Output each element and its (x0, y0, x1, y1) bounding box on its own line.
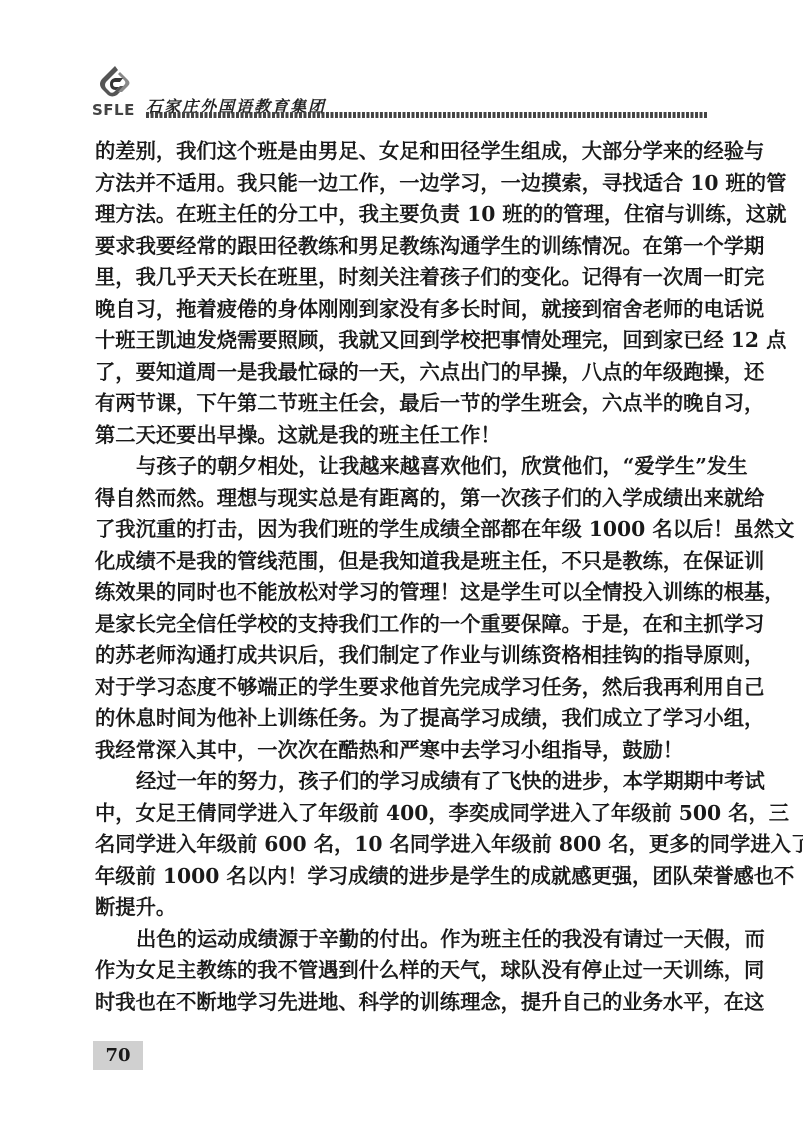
text-line: 经过一年的努力，孩子们的学习成绩有了飞快的进步，本学期期中考试 (95, 766, 709, 798)
text-line: 作为女足主教练的我不管遇到什么样的天气，球队没有停止过一天训练，同 (95, 955, 709, 987)
text-line: 了我沉重的打击，因为我们班的学生成绩全部都在年级 1000 名以后！虽然文 (95, 514, 709, 546)
text-line: 了，要知道周一是我最忙碌的一天，六点出门的早操，八点的年级跑操，还 (95, 357, 709, 389)
text-line: 与孩子的朝夕相处，让我越来越喜欢他们，欣赏他们，“爱学生”发生 (95, 451, 709, 483)
logo-swirl-icon (96, 64, 134, 100)
text-line: 我经常深入其中，一次次在酷热和严寒中去学习小组指导，鼓励！ (95, 735, 709, 767)
text-line: 有两节课，下午第二节班主任会，最后一节的学生班会，六点半的晚自习， (95, 388, 709, 420)
page-number: 70 (93, 1041, 143, 1070)
text-line: 晚自习，拖着疲倦的身体刚刚到家没有多长时间，就接到宿舍老师的电话说 (95, 294, 709, 326)
text-line: 中，女足王倩同学进入了年级前 400，李奕成同学进入了年级前 500 名，三 (95, 798, 709, 830)
text-line: 十班王凯迪发烧需要照顾，我就又回到学校把事情处理完，回到家已经 12 点 (95, 325, 709, 357)
paragraph: 与孩子的朝夕相处，让我越来越喜欢他们，欣赏他们，“爱学生”发生得自然而然。理想与… (95, 451, 709, 766)
page-header: SFLE 石家庄外国语教育集团 (92, 62, 712, 122)
text-line: 年级前 1000 名以内！学习成绩的进步是学生的成就感更强，团队荣誉感也不 (95, 861, 709, 893)
text-line: 名同学进入年级前 600 名，10 名同学进入年级前 800 名，更多的同学进入… (95, 829, 709, 861)
text-line: 断提升。 (95, 892, 709, 924)
header-divider (146, 112, 708, 118)
text-line: 里，我几乎天天长在班里，时刻关注着孩子们的变化。记得有一次周一盯完 (95, 262, 709, 294)
text-line: 得自然而然。理想与现实总是有距离的，第一次孩子们的入学成绩出来就给 (95, 483, 709, 515)
text-line: 的苏老师沟通打成共识后，我们制定了作业与训练资格相挂钩的指导原则， (95, 640, 709, 672)
text-line: 化成绩不是我的管线范围，但是我知道我是班主任，不只是教练，在保证训 (95, 546, 709, 578)
text-line: 方法并不适用。我只能一边工作，一边学习，一边摸索，寻找适合 10 班的管 (95, 168, 709, 200)
text-line: 练效果的同时也不能放松对学习的管理！这是学生可以全情投入训练的根基， (95, 577, 709, 609)
text-line: 对于学习态度不够端正的学生要求他首先完成学习任务，然后我再利用自己 (95, 672, 709, 704)
text-line: 第二天还要出早操。这就是我的班主任工作！ (95, 420, 709, 452)
body-text: 的差别，我们这个班是由男足、女足和田径学生组成，大部分学来的经验与方法并不适用。… (95, 136, 709, 1018)
text-line: 的休息时间为他补上训练任务。为了提高学习成绩，我们成立了学习小组， (95, 703, 709, 735)
paragraph: 出色的运动成绩源于辛勤的付出。作为班主任的我没有请过一天假，而作为女足主教练的我… (95, 924, 709, 1019)
paragraph: 经过一年的努力，孩子们的学习成绩有了飞快的进步，本学期期中考试中，女足王倩同学进… (95, 766, 709, 924)
text-line: 理方法。在班主任的分工中，我主要负责 10 班的的管理，住宿与训练，这就 (95, 199, 709, 231)
text-line: 时我也在不断地学习先进地、科学的训练理念，提升自己的业务水平，在这 (95, 987, 709, 1019)
logo-text: SFLE (92, 101, 135, 119)
text-line: 的差别，我们这个班是由男足、女足和田径学生组成，大部分学来的经验与 (95, 136, 709, 168)
text-line: 是家长完全信任学校的支持我们工作的一个重要保障。于是，在和主抓学习 (95, 609, 709, 641)
sfle-logo: SFLE (92, 62, 136, 122)
paragraph: 的差别，我们这个班是由男足、女足和田径学生组成，大部分学来的经验与方法并不适用。… (95, 136, 709, 451)
text-line: 出色的运动成绩源于辛勤的付出。作为班主任的我没有请过一天假，而 (95, 924, 709, 956)
text-line: 要求我要经常的跟田径教练和男足教练沟通学生的训练情况。在第一个学期 (95, 231, 709, 263)
